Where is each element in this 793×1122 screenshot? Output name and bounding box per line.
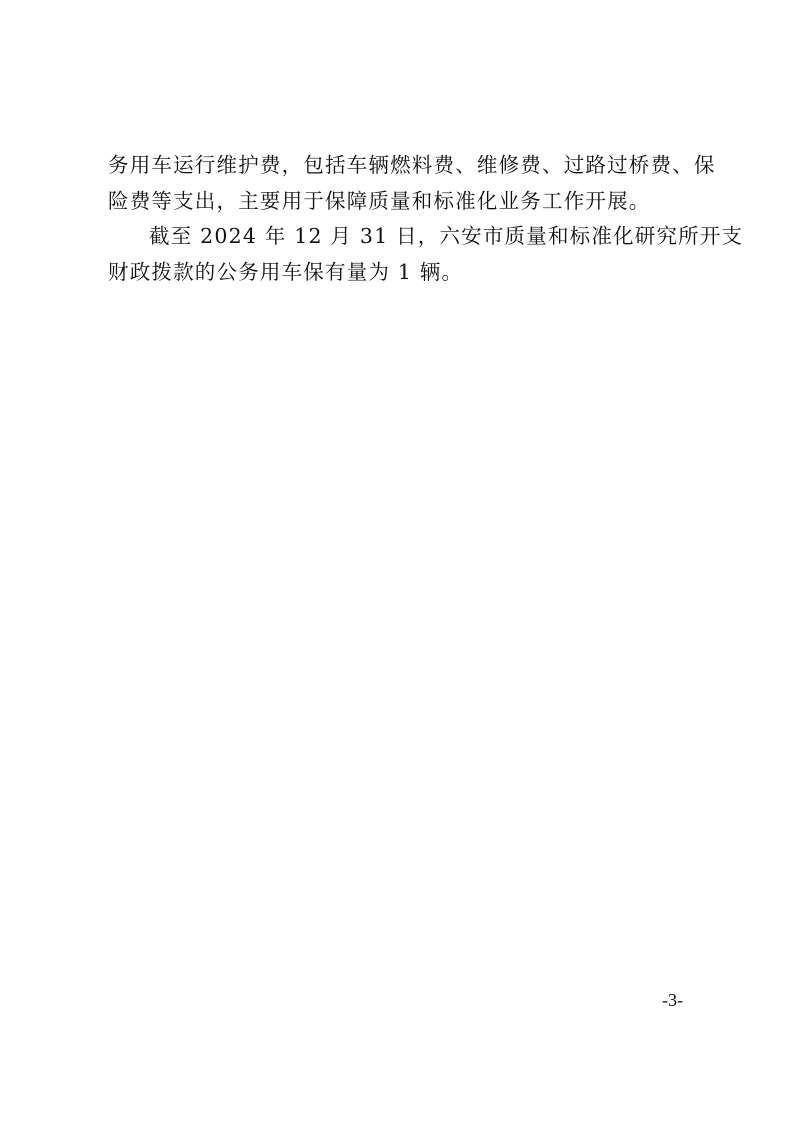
paragraph-line: 财政拨款的公务用车保有量为 1 辆。 [108, 255, 693, 291]
body-text: 务用车运行维护费，包括车辆燃料费、维修费、过路过桥费、保 险费等支出，主要用于保… [108, 148, 693, 290]
paragraph-line: 截至 2024 年 12 月 31 日，六安市质量和标准化研究所开支 [108, 219, 693, 255]
paragraph-line: 险费等支出，主要用于保障质量和标准化业务工作开展。 [108, 184, 693, 220]
paragraph-line: 务用车运行维护费，包括车辆燃料费、维修费、过路过桥费、保 [108, 148, 693, 184]
page-number: -3- [662, 990, 683, 1011]
document-page: 务用车运行维护费，包括车辆燃料费、维修费、过路过桥费、保 险费等支出，主要用于保… [0, 0, 793, 1122]
